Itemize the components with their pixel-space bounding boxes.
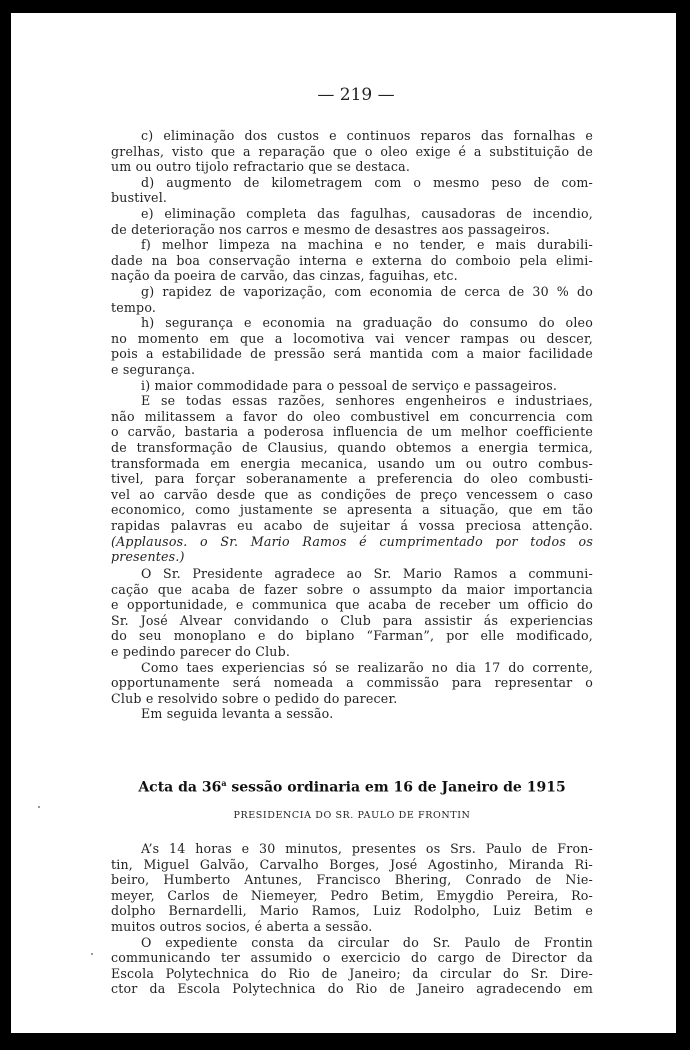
text-line: Club e resolvido sobre o pedido do parec… [111, 691, 593, 706]
text-line: tin, Miguel Galvão, Carvalho Borges, Jos… [111, 857, 593, 872]
text-line: e opportunidade, e communica que acaba d… [111, 597, 593, 612]
text-line: um ou outro tijolo refractario que se de… [111, 159, 593, 174]
text-line: muitos outros socios, é aberta a sessão. [111, 919, 593, 934]
text-line: grelhas, visto que a reparação que o ole… [111, 144, 593, 159]
text-line: O expediente consta da circular do Sr. P… [111, 935, 593, 950]
text-line: Sr. José Alvear convidando o Club para a… [111, 613, 593, 628]
text-line: i) maior commodidade para o pessoal de s… [111, 378, 593, 393]
text-line: tivel, para forçar soberanamente a prefe… [111, 471, 593, 486]
text-line: nação da poeira de carvão, das cinzas, f… [111, 268, 593, 283]
text-line: A’s 14 horas e 30 minutos, presentes os … [111, 841, 593, 856]
text-line: presentes.) [111, 549, 593, 564]
scan-speck [38, 806, 40, 808]
text-line: transformada em energia mecanica, usando… [111, 456, 593, 471]
text-line: meyer, Carlos de Niemeyer, Pedro Betim, … [111, 888, 593, 903]
text-line: de transformação de Clausius, quando obt… [111, 440, 593, 455]
text-line: cação que acaba de fazer sobre o assumpt… [111, 582, 593, 597]
document-page: — 219 — c) eliminação dos custos e conti… [11, 13, 676, 1033]
text-line: não militassem a favor do oleo combustiv… [111, 409, 593, 424]
heading-text-rest: sessão ordinaria em 16 de Janeiro de 191… [227, 780, 566, 796]
text-line: no momento em que a locomotiva vai vence… [111, 331, 593, 346]
text-line: economico, como justamente se apresenta … [111, 502, 593, 517]
text-line: Como taes experiencias só se realizarão … [111, 660, 593, 675]
text-line: pois a estabilidade de pressão será mant… [111, 346, 593, 361]
text-line: o carvão, bastaria a poderosa influencia… [111, 424, 593, 439]
presidency-subheading: PRESIDENCIA DO SR. PAULO DE FRONTIN [111, 810, 593, 821]
text-line: vel ao carvão desde que as condições de … [111, 487, 593, 502]
heading-text: Acta da 36 [138, 780, 221, 796]
text-line: tempo. [111, 300, 593, 315]
page-number: — 219 — [301, 85, 411, 105]
text-line: f) melhor limpeza na machina e no tender… [111, 237, 593, 252]
text-line: O Sr. Presidente agradece ao Sr. Mario R… [111, 566, 593, 581]
scan-speck [91, 953, 93, 955]
text-line: e segurança. [111, 362, 593, 377]
text-line: ctor da Escola Polytechnica do Rio de Ja… [111, 981, 593, 996]
text-line: opportunamente será nomeada a commissão … [111, 675, 593, 690]
text-line: dade na boa conservação interna e extern… [111, 253, 593, 268]
text-line: e) eliminação completa das fagulhas, cau… [111, 206, 593, 221]
text-line: do seu monoplano e do biplano “Farman”, … [111, 628, 593, 643]
text-line: Em seguida levanta a sessão. [111, 706, 593, 721]
text-line: e pedindo parecer do Club. [111, 644, 593, 659]
text-line: beiro, Humberto Antunes, Francisco Bheri… [111, 872, 593, 887]
text-line: d) augmento de kilometragem com o mesmo … [111, 175, 593, 190]
text-line: bustivel. [111, 190, 593, 205]
text-line: de deterioração nos carros e mesmo de de… [111, 222, 593, 237]
text-line: rapidas palavras eu acabo de sujeitar á … [111, 518, 593, 533]
text-line: Escola Polytechnica do Rio de Janeiro; d… [111, 966, 593, 981]
text-line: g) rapidez de vaporização, com economia … [111, 284, 593, 299]
text-line: (Applausos. o Sr. Mario Ramos é cumprime… [111, 534, 593, 549]
text-line: E se todas essas razões, senhores engenh… [111, 393, 593, 408]
text-line: dolpho Bernardelli, Mario Ramos, Luiz Ro… [111, 903, 593, 918]
text-line: c) eliminação dos custos e continuos rep… [111, 128, 593, 143]
text-line: communicando ter assumido o exercicio do… [111, 950, 593, 965]
text-line: h) segurança e economia na graduação do … [111, 315, 593, 330]
minutes-heading: Acta da 36a sessão ordinaria em 16 de Ja… [111, 778, 593, 796]
